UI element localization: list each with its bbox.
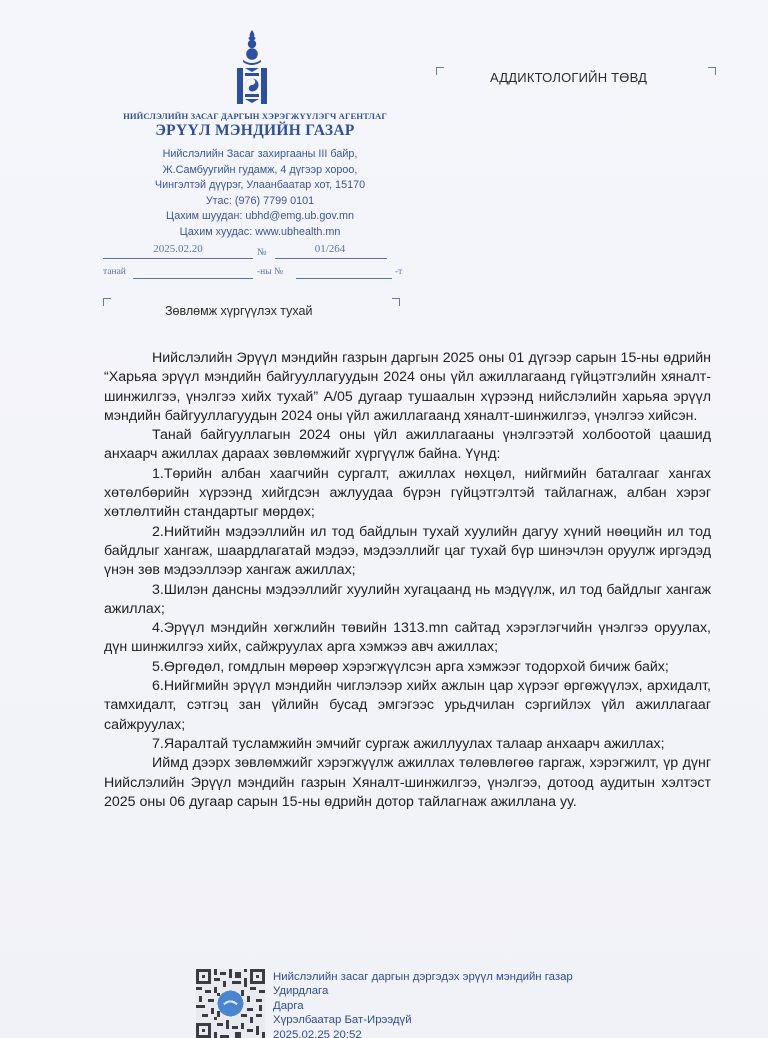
address-line: Нийслэлийн Засаг захиргааны III байр, (110, 147, 410, 163)
recommendation-3: 3.Шилэн дансны мэдээллийг хуулийн хугаца… (104, 581, 711, 620)
recommendation-7: 7.Яаралтай тусламжийн эмчийг сургаж ажил… (104, 735, 711, 754)
address-block: Нийслэлийн Засаг захиргааны III байр, Ж.… (110, 147, 410, 241)
signer-name: Хүрэлбаатар Бат-Ирээдүй (273, 1013, 573, 1027)
your-suffix: -ны № (257, 267, 283, 277)
recommendation-4: 4.Эрүүл мэндийн хөгжлийн төвийн 1313.mn … (104, 619, 711, 658)
subject: Зөвлөмж хүргүүлэх тухай (165, 304, 312, 318)
document-date: 2025.02.20 (103, 243, 253, 255)
electronic-signature: Нийслэлийн засаг даргын дэргэдэх эрүүл м… (273, 970, 573, 1038)
email: Цахим шуудан: ubhd@emg.ub.gov.mn (110, 209, 410, 225)
your-reference-row: танай -ны № -т (103, 266, 403, 282)
recommendation-1: 1.Төрийн албан хаагчийн сургалт, ажиллах… (104, 465, 711, 523)
your-date-line (133, 278, 253, 279)
corner-mark (708, 67, 716, 75)
agency-line: НИЙСЛЭЛИЙН ЗАСАГ ДАРГЫН ХЭРЭГЖҮҮЛЭГЧ АГЕ… (100, 111, 410, 121)
address-line: Ж.Самбуугийн гудамж, 4 дүгээр хороо, (110, 163, 410, 179)
date-underline (103, 258, 253, 259)
signer-organization: Нийслэлийн засаг даргын дэргэдэх эрүүл м… (273, 970, 573, 984)
document-number: 01/264 (275, 243, 385, 255)
recommendation-5: 5.Өргөдөл, гомдлын мөрөөр хэрэгжүүлсэн а… (104, 658, 711, 677)
recommendation-6: 6.Нийгмийн эрүүл мэндийн чиглэлээр хийх … (104, 677, 711, 735)
corner-mark (392, 298, 400, 306)
letter-body: Нийслэлийн Эрүүл мэндийн газрын даргын 2… (104, 349, 711, 812)
recommendation-2: 2.Нийтийн мэдээллийн ил тод байдлын туха… (104, 523, 711, 581)
paragraph-closing: Иймд дээрх зөвлөмжийг хэрэгжүүлж ажиллах… (104, 754, 711, 812)
address-line: Чингэлтэй дүүрэг, Улаанбаатар хот, 15170 (110, 178, 410, 194)
corner-mark (436, 67, 444, 75)
signer-department: Удирдлага (273, 984, 573, 998)
qr-code-icon (196, 969, 265, 1038)
your-number-line (296, 278, 392, 279)
corner-mark (103, 298, 111, 306)
soyombo-emblem-icon (234, 28, 270, 108)
recipient: АДДИКТОЛОГИЙН ТӨВД (490, 70, 647, 85)
number-underline (275, 258, 387, 259)
reference-row: 2025.02.20 № 01/264 (103, 243, 385, 261)
signer-position: Дарга (273, 999, 573, 1013)
paragraph-intro: Нийслэлийн Эрүүл мэндийн газрын даргын 2… (104, 349, 711, 426)
number-label: № (257, 247, 267, 258)
document-page: НИЙСЛЭЛИЙН ЗАСАГ ДАРГЫН ХЭРЭГЖҮҮЛЭГЧ АГЕ… (0, 0, 768, 1038)
org-title: ЭРҮҮЛ МЭНДИЙН ГАЗАР (100, 122, 410, 140)
website: Цахим хуудас: www.ubhealth.mn (110, 225, 410, 241)
signature-timestamp: 2025.02.25 20:52 (273, 1028, 573, 1038)
your-end: -т (395, 267, 402, 277)
phone: Утас: (976) 7799 0101 (110, 194, 410, 210)
paragraph-recommendation-lead: Танай байгууллагын 2024 оны үйл ажиллага… (104, 426, 711, 465)
your-label: танай (103, 267, 126, 277)
